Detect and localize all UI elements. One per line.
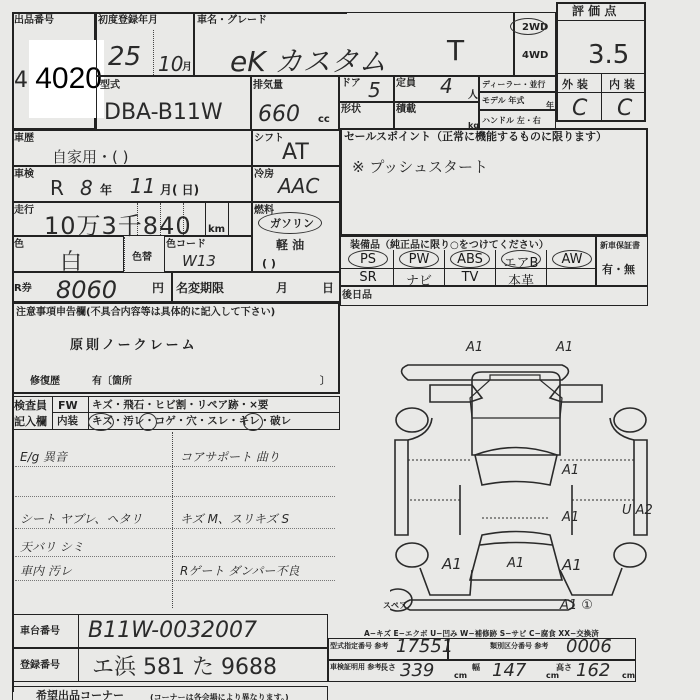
warranty-value[interactable]: 有・無 [602, 264, 635, 275]
inspection-label: 車検 [14, 169, 34, 180]
usage-label: 車歴 [14, 133, 34, 144]
interior-label: 内 装 [609, 79, 635, 90]
inspection-year: 8 [80, 176, 93, 200]
yen-unit: 円 [152, 283, 164, 294]
inspection-month: 11 [130, 174, 155, 198]
type-designation: 17551 [396, 636, 453, 657]
mark-right-sill: U A2 [622, 503, 653, 518]
repair-close: 〕 [320, 376, 330, 387]
model-code: DBA-B11W [104, 100, 223, 125]
claim-text: 原則ノークレーム [70, 340, 198, 351]
ac: AAC [278, 174, 319, 198]
equipment-circle [348, 250, 388, 268]
length-unit: cm [454, 670, 467, 681]
displacement: 660 [258, 102, 300, 127]
color-code: W13 [182, 252, 216, 270]
later-items-label: 後日品 [342, 290, 372, 301]
name-change-label: 名変期限 [176, 283, 224, 294]
comment-right: Rゲート ダンパー不良 [180, 562, 299, 579]
equipment-circle [501, 250, 541, 268]
repair-label: 修復歴 [30, 376, 60, 387]
height: 162 [576, 660, 610, 681]
mark-rear-gate: A1 [507, 556, 524, 571]
fuel-diesel[interactable]: 軽 油 [276, 240, 304, 251]
mark-left-rear-fender: A1 [442, 555, 462, 573]
cc-unit: cc [318, 114, 330, 125]
displacement-label: 排気量 [253, 80, 283, 91]
score-label: 評 価 点 [572, 6, 616, 17]
mark-right-quarter: A1 [562, 510, 579, 525]
mark-front-right: A1 [556, 340, 573, 355]
mark-right-rear-door: A1 [562, 463, 579, 478]
equipment-circle [552, 250, 592, 268]
reg-label: 登録番号 [20, 660, 60, 671]
doors: 5 [368, 78, 381, 102]
comment-right: キズ M、スリキズ S [180, 510, 289, 527]
lot-prefix: 4 [14, 68, 28, 93]
mark-rear-bumper: A1 ① [560, 598, 593, 613]
car-grade: T [447, 34, 464, 67]
equipment-circle [399, 250, 439, 268]
repair-value: 有〔箇所 [92, 376, 132, 387]
usage: 自家用・( ) [52, 146, 128, 167]
length: 339 [400, 660, 434, 681]
comment-left: シート ヤブレ、ヘタリ [20, 510, 142, 527]
type-designation-label: 型式指定番号 参考 [330, 641, 388, 652]
exterior-label: 外 装 [562, 79, 588, 90]
capacity-label: 定員 [396, 78, 416, 89]
month-suffix: 月 [182, 62, 192, 73]
sales-points-text: ※ プッシュスタート [352, 156, 488, 177]
width-label: 幅 [472, 662, 480, 673]
shape-label: 形状 [341, 104, 361, 115]
model-label: 型式 [100, 80, 120, 91]
chassis-number: B11W-0032007 [88, 618, 257, 643]
equipment-circle [450, 250, 490, 268]
notes-label: 注意事項申告欄(不具合内容等は具体的に記入して下さい) [16, 307, 275, 318]
sales-points-label: セールスポイント（正常に機能するものに限ります） [344, 131, 607, 142]
inspection-suffix: 月( 日) [160, 185, 199, 196]
mark-front-left: A1 [466, 340, 483, 355]
spare-label: スペア [383, 600, 407, 611]
load-label: 積載 [396, 104, 416, 115]
recycle-label: R券 [14, 283, 32, 294]
capacity: 4 [440, 74, 453, 98]
comment-left: 車内 汚レ [20, 562, 72, 579]
score-value: 3.5 [588, 40, 629, 70]
car-name-label: 車名・グレード [197, 15, 267, 26]
height-label: 高さ [556, 662, 572, 673]
comment-left: 天バリ シミ [20, 538, 84, 555]
color-code-label: 色コード [166, 239, 206, 250]
ac-label: 冷房 [254, 169, 274, 180]
model-year-label: モデル 年式 [482, 95, 524, 106]
comment-left: E/g 異音 [20, 448, 67, 465]
month-char: 月 [276, 283, 288, 294]
cert-label: 車検証明用 参考 [330, 662, 381, 673]
comment-right: コアサポート 曲り [180, 448, 280, 465]
capacity-unit: 人 [468, 90, 478, 101]
doors-label: ドア [341, 78, 361, 89]
width: 147 [492, 660, 526, 681]
interior-grade: C [617, 96, 632, 121]
height-unit: cm [622, 670, 635, 681]
lot-label: 出品番号 [14, 15, 54, 26]
exterior-grade: C [572, 96, 587, 121]
first-reg-label: 初度登録年月 [98, 15, 158, 26]
color-change-label: 色替 [132, 252, 152, 263]
corner-note: (コーナーは各会場により異なります。) [150, 692, 289, 700]
mark-right-rear-fender: A1 [562, 556, 582, 574]
later-items-cell [340, 286, 648, 306]
corner-label: 希望出品コーナー [36, 690, 124, 700]
shift-label: シフト [254, 133, 284, 144]
drive-4wd[interactable]: 4WD [522, 50, 548, 61]
car-damage-diagram [390, 340, 660, 620]
km-unit: km [208, 224, 225, 235]
dealer-label: ディーラー・並行 [482, 79, 545, 90]
warranty-label: 新車保証書 [600, 240, 640, 251]
inspector-label-2: 記入欄 [14, 416, 47, 427]
handle-label: ハンドル 左・右 [482, 115, 541, 126]
year-char: 年 [100, 185, 112, 196]
usage-cell [12, 130, 252, 166]
mileage-label: 走行 [14, 205, 34, 216]
first-reg-month: 10 [158, 52, 183, 76]
first-reg-year: 25 [108, 42, 141, 72]
color-label: 色 [14, 239, 24, 250]
fw-label: FW [58, 400, 78, 411]
lot-number: 4020 [29, 40, 104, 118]
reg-number: エ浜 581 た 9688 [92, 650, 277, 681]
shift: AT [282, 140, 309, 165]
class-number-label: 類別区分番号 参考 [490, 641, 548, 652]
inspector-label-1: 検査員 [14, 400, 47, 411]
fw-items: キズ・飛石・ヒビ割・リペア跡・×要 [92, 400, 268, 411]
length-label: 長さ [380, 662, 396, 673]
day-char: 日 [322, 283, 334, 294]
car-name: eK カスタム [230, 40, 387, 80]
fuel-other: ( ) [262, 258, 276, 269]
inspection-era: R [50, 176, 64, 200]
chassis-label: 車台番号 [20, 626, 60, 637]
interior-defect-label: 内装 [57, 416, 78, 427]
sales-points-box [340, 128, 648, 236]
recycle-fee: 8060 [56, 276, 117, 304]
class-number: 0006 [566, 636, 612, 657]
